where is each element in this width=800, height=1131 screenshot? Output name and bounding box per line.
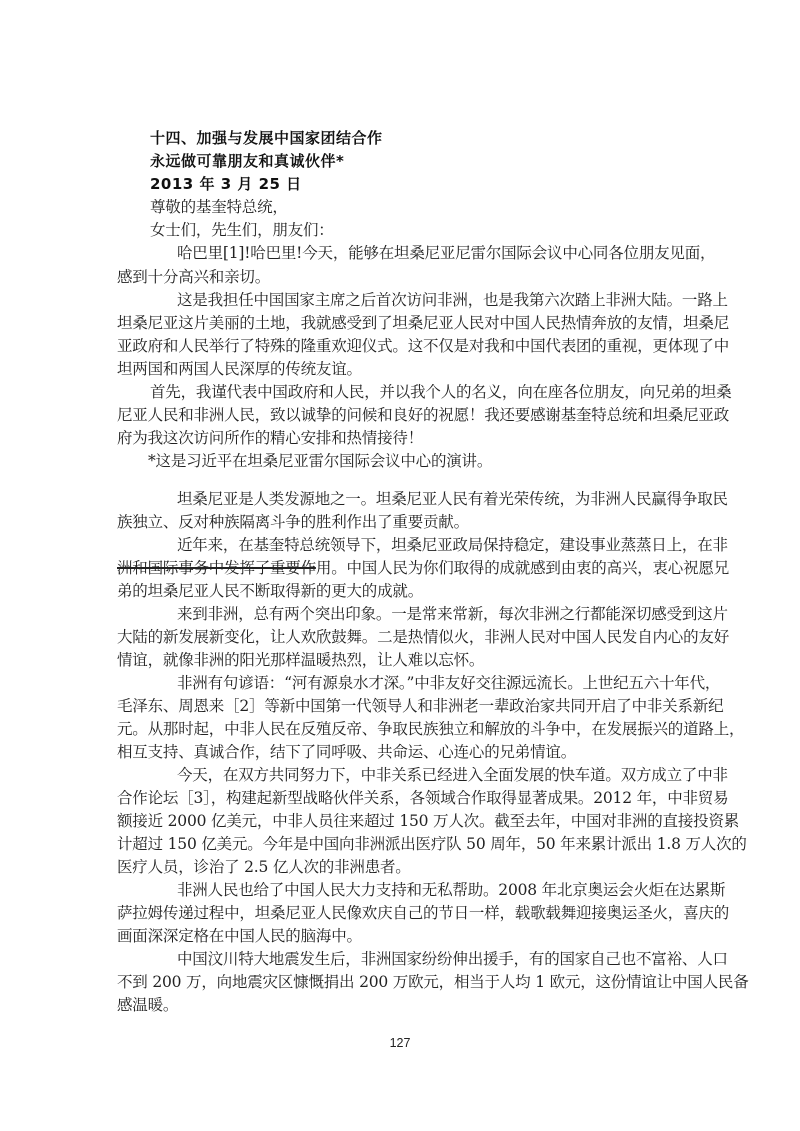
strikethrough-text: 洲和国际事务中发挥了重要作 [117,559,316,577]
paragraph-line: 近年来，在基奎特总统领导下，坦桑尼亚政局保持稳定，建设事业蒸蒸日上，在非 [177,535,728,555]
paragraph-line-strikethrough: 洲和国际事务中发挥了重要作用。中国人民为你们取得的成就感到由衷的高兴，衷心祝愿兄 [117,558,729,578]
section-title: 十四、加强与发展中国家团结合作 [150,128,383,148]
paragraph-line: 相互支持、真诚合作，结下了同呼吸、共命运、心连心的兄弟情谊。 [117,742,576,762]
paragraph-line: 坦桑尼亚是人类发源地之一。坦桑尼亚人民有着光荣传统，为非洲人民赢得争取民 [177,489,728,509]
speech-date: 2013 年 3 月 25 日 [150,174,302,194]
paragraph-line: 坦桑尼亚这片美丽的土地，我就感受到了坦桑尼亚人民对中国人民热情奔放的友情，坦桑尼 [117,313,676,333]
paragraph-line: 中国汶川特大地震发生后，非洲国家纷纷伸出援手，有的国家自己也不富裕、人口 [177,949,728,969]
paragraph-line: 这是我担任中国国家主席之后首次访问非洲，也是我第六次踏上非洲大陆。一路上 [177,290,728,310]
paragraph-line: 非洲人民也给了中国人民大力支持和无私帮助。2008 年北京奥运会火炬在达累斯 [177,880,725,900]
paragraph-line: 感到十分高兴和亲切。 [117,267,270,287]
page-number: 127 [0,1036,800,1050]
paragraph-line: 感温暖。 [117,995,178,1015]
paragraph-line: 尼亚人民和非洲人民，致以诚挚的问候和良好的祝愿！我还要感谢基奎特总统和坦桑尼亚政 [117,405,676,425]
paragraph-line: 非洲有句谚语：“河有源泉水才深。”中非友好交往源远流长。上世纪五六十年代， [177,673,720,693]
paragraph-line: 合作论坛［3］，构建起新型战略伙伴关系，各领域合作取得显著成果。2012 年，中… [117,788,676,808]
salutation-line: 尊敬的基奎特总统， [150,197,288,217]
paragraph-line: 坦两国和两国人民深厚的传统友谊。 [117,359,362,379]
paragraph-line: 亚政府和人民举行了特殊的隆重欢迎仪式。这不仅是对我和中国代表团的重视，更体现了中 [117,336,676,356]
paragraph-line: 医疗人员，诊治了 2.5 亿人次的非洲患者。 [117,857,411,877]
paragraph-line-rest: 用。中国人民为你们取得的成就感到由衷的高兴，衷心祝愿兄 [316,559,729,577]
paragraph-line: 哈巴里[1]!哈巴里!今天，能够在坦桑尼亚尼雷尔国际会议中心同各位朋友见面， [177,243,715,263]
salutation-line: 女士们，先生们，朋友们： [150,220,334,240]
paragraph-line: 萨拉姆传递过程中，坦桑尼亚人民像欢庆自己的节日一样，载歌载舞迎接奥运圣火，喜庆的 [117,903,676,923]
paragraph-line: 大陆的新发展新变化，让人欢欣鼓舞。二是热情似火，非洲人民对中国人民发自内心的友好 [117,627,676,647]
paragraph-line: 不到 200 万，向地震灾区慷慨捐出 200 万欧元，相当于人均 1 欧元，这份… [117,972,676,992]
paragraph-line: 元。从那时起，中非人民在反殖反帝、争取民族独立和解放的斗争中，在发展振兴的道路上… [117,719,676,739]
paragraph-line: 来到非洲，总有两个突出印象。一是常来常新，每次非洲之行都能深切感受到这片 [177,604,728,624]
document-page: 十四、加强与发展中国家团结合作 永远做可靠朋友和真诚伙伴* 2013 年 3 月… [0,0,800,1131]
paragraph-line: 情谊，就像非洲的阳光那样温暖热烈，让人难以忘怀。 [117,650,484,670]
paragraph-line: 族独立、反对种族隔离斗争的胜利作出了重要贡献。 [117,512,469,532]
footnote: *这是习近平在坦桑尼亚雷尔国际会议中心的演讲。 [148,451,492,471]
paragraph-line: 画面深深定格在中国人民的脑海中。 [117,926,362,946]
paragraph-line: 额接近 2000 亿美元，中非人员往来超过 150 万人次。截至去年，中国对非洲… [117,811,676,831]
speech-title: 永远做可靠朋友和真诚伙伴* [150,151,344,171]
paragraph-line: 首先，我谨代表中国政府和人民，并以我个人的名义，向在座各位朋友，向兄弟的坦桑 [150,382,731,402]
paragraph-line: 府为我这次访问所作的精心安排和热情接待！ [117,428,423,448]
paragraph-line: 毛泽东、周恩来［2］等新中国第一代领导人和非洲老一辈政治家共同开启了中非关系新纪 [117,696,676,716]
paragraph-line: 弟的坦桑尼亚人民不断取得新的更大的成就。 [117,581,423,601]
paragraph-line: 计超过 150 亿美元。今年是中国向非洲派出医疗队 50 周年，50 年来累计派… [117,834,676,854]
paragraph-line: 今天，在双方共同努力下，中非关系已经进入全面发展的快车道。双方成立了中非 [177,765,728,785]
